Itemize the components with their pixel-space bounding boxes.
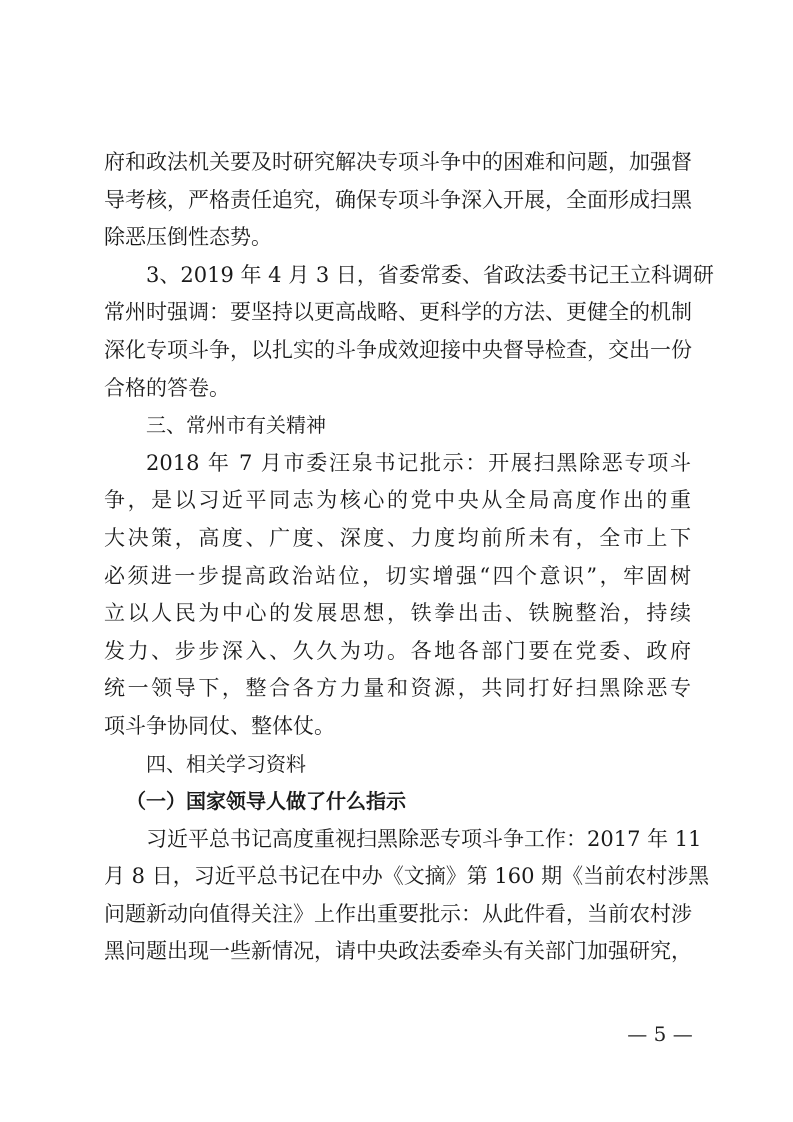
paragraph-line: 月 8 日，习近平总书记在中办《文摘》第 160 期《当前农村涉黑 [104, 858, 691, 896]
paragraph-line: 导考核，严格责任追究，确保专项斗争深入开展，全面形成扫黑 [104, 182, 691, 220]
paragraph-line: 争，是以习近平同志为核心的党中央从全局高度作出的重 [104, 482, 691, 520]
paragraph-line: 合格的答卷。 [104, 370, 691, 408]
paragraph-line: 常州时强调：要坚持以更高战略、更科学的方法、更健全的机制 [104, 294, 691, 332]
paragraph-line: 3、2019 年 4 月 3 日，省委常委、省政法委书记王立科调研 [104, 257, 691, 295]
paragraph-line: 立以人民为中心的发展思想，铁拳出击、铁腕整治，持续 [104, 595, 691, 633]
page-number: — 5 — [626, 1021, 694, 1047]
paragraph-line: 发力、步步深入、久久为功。各地各部门要在党委、政府 [104, 633, 691, 671]
paragraph-line: 项斗争协同仗、整体仗。 [104, 708, 691, 746]
paragraph-line: 除恶压倒性态势。 [104, 219, 691, 257]
paragraph-line: 深化专项斗争，以扎实的斗争成效迎接中央督导检查，交出一份 [104, 332, 691, 370]
subsection-heading: （一）国家领导人做了什么指示 [104, 783, 691, 821]
paragraph-line: 2018 年 7 月市委汪泉书记批示：开展扫黑除恶专项斗 [104, 445, 691, 483]
paragraph-line: 统一领导下，整合各方力量和资源，共同打好扫黑除恶专 [104, 670, 691, 708]
section-heading: 三、常州市有关精神 [104, 407, 691, 445]
paragraph-line: 大决策，高度、广度、深度、力度均前所未有，全市上下 [104, 520, 691, 558]
paragraph-line: 黑问题出现一些新情况，请中央政法委牵头有关部门加强研究， [104, 933, 691, 971]
paragraph-line: 府和政法机关要及时研究解决专项斗争中的困难和问题，加强督 [104, 144, 691, 182]
document-page: 府和政法机关要及时研究解决专项斗争中的困难和问题，加强督 导考核，严格责任追究，… [0, 0, 793, 1122]
section-heading: 四、相关学习资料 [104, 746, 691, 784]
paragraph-line: 必须进一步提高政治站位，切实增强“四个意识”，牢固树 [104, 558, 691, 596]
document-body: 府和政法机关要及时研究解决专项斗争中的困难和问题，加强督 导考核，严格责任追究，… [104, 144, 691, 971]
paragraph-line: 问题新动向值得关注》上作出重要批示：从此件看，当前农村涉 [104, 896, 691, 934]
paragraph-line: 习近平总书记高度重视扫黑除恶专项斗争工作：2017 年 11 [104, 821, 691, 859]
